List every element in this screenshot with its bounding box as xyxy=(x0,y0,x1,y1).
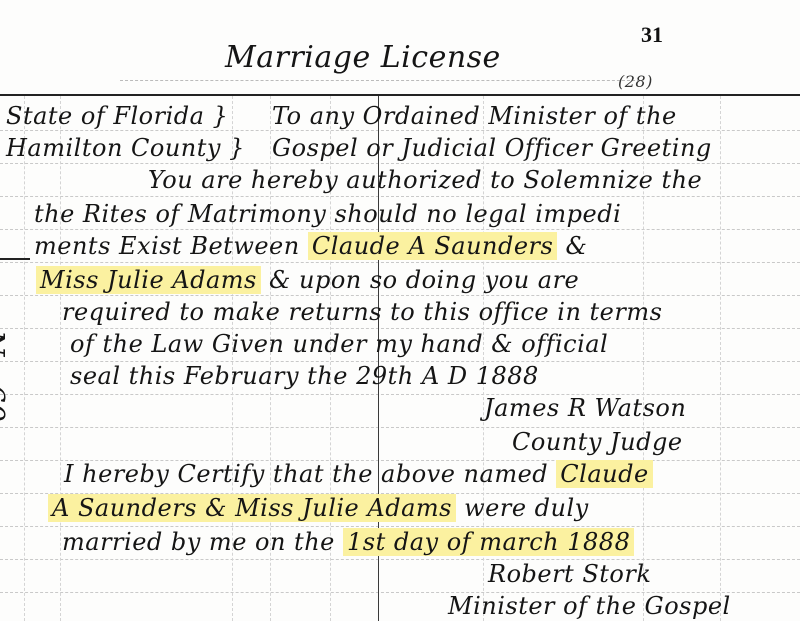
couple-names-highlight: A Saunders & Miss Julie Adams xyxy=(48,494,456,522)
margin-dash xyxy=(0,258,30,260)
line-text: & xyxy=(565,232,587,260)
bride-name-highlight: Miss Julie Adams xyxy=(36,266,261,294)
title-rule xyxy=(120,80,640,81)
page-number: 31 xyxy=(641,22,663,48)
line-text: were duly xyxy=(464,494,589,522)
judge-title: County Judge xyxy=(512,428,683,456)
grid-line xyxy=(0,295,800,296)
certificate-line: A Saunders & Miss Julie Adams were duly xyxy=(48,494,589,522)
grid-line xyxy=(720,96,721,621)
grid-line xyxy=(0,328,800,329)
license-line: the Rites of Matrimony should no legal i… xyxy=(34,200,621,228)
judge-signature: James R Watson xyxy=(484,394,686,422)
header-addressee: To any Ordained Minister of the xyxy=(272,102,677,130)
header-state: State of Florida } xyxy=(6,102,228,130)
line-text: I hereby Certify that the above named xyxy=(64,460,548,488)
license-line-date: seal this February the 29th A D 1888 xyxy=(70,362,539,390)
certificate-line: married by me on the 1st day of march 18… xyxy=(62,528,634,556)
grid-line xyxy=(0,196,800,197)
grid-line xyxy=(0,229,800,230)
grid-line xyxy=(60,96,61,621)
line-text: ments Exist Between xyxy=(34,232,300,260)
grid-line xyxy=(0,130,800,131)
marriage-date-highlight: 1st day of march 1888 xyxy=(343,528,634,556)
grid-line xyxy=(24,96,25,621)
line-text: married by me on the xyxy=(62,528,335,556)
marriage-license-page: 31 (28) Marriage License State of Florid… xyxy=(0,0,800,621)
license-line: of the Law Given under my hand & officia… xyxy=(70,330,608,358)
license-line-groom: ments Exist Between Claude A Saunders & xyxy=(34,232,587,260)
groom-first-name-highlight: Claude xyxy=(556,460,652,488)
certificate-line: I hereby Certify that the above named Cl… xyxy=(64,460,653,488)
minister-signature: Robert Stork xyxy=(488,560,651,588)
grid-line xyxy=(0,163,800,164)
record-number: (28) xyxy=(618,72,653,91)
header-rule xyxy=(0,94,800,96)
license-line: required to make returns to this office … xyxy=(62,298,662,326)
grid-line xyxy=(0,559,800,560)
license-line-bride: Miss Julie Adams & upon so doing you are xyxy=(36,266,579,294)
minister-title: Minister of the Gospel xyxy=(448,592,731,620)
grid-line xyxy=(0,526,800,527)
license-line: You are hereby authorized to Solemnize t… xyxy=(148,166,702,194)
line-text: & upon so doing you are xyxy=(269,266,579,294)
grid-line xyxy=(0,262,800,263)
groom-name-highlight: Claude A Saunders xyxy=(308,232,557,260)
margin-record-number: No 60 xyxy=(0,330,10,422)
document-title: Marriage License xyxy=(225,40,501,75)
header-greeting: Gospel or Judicial Officer Greeting xyxy=(272,134,712,162)
header-county: Hamilton County } xyxy=(6,134,245,162)
